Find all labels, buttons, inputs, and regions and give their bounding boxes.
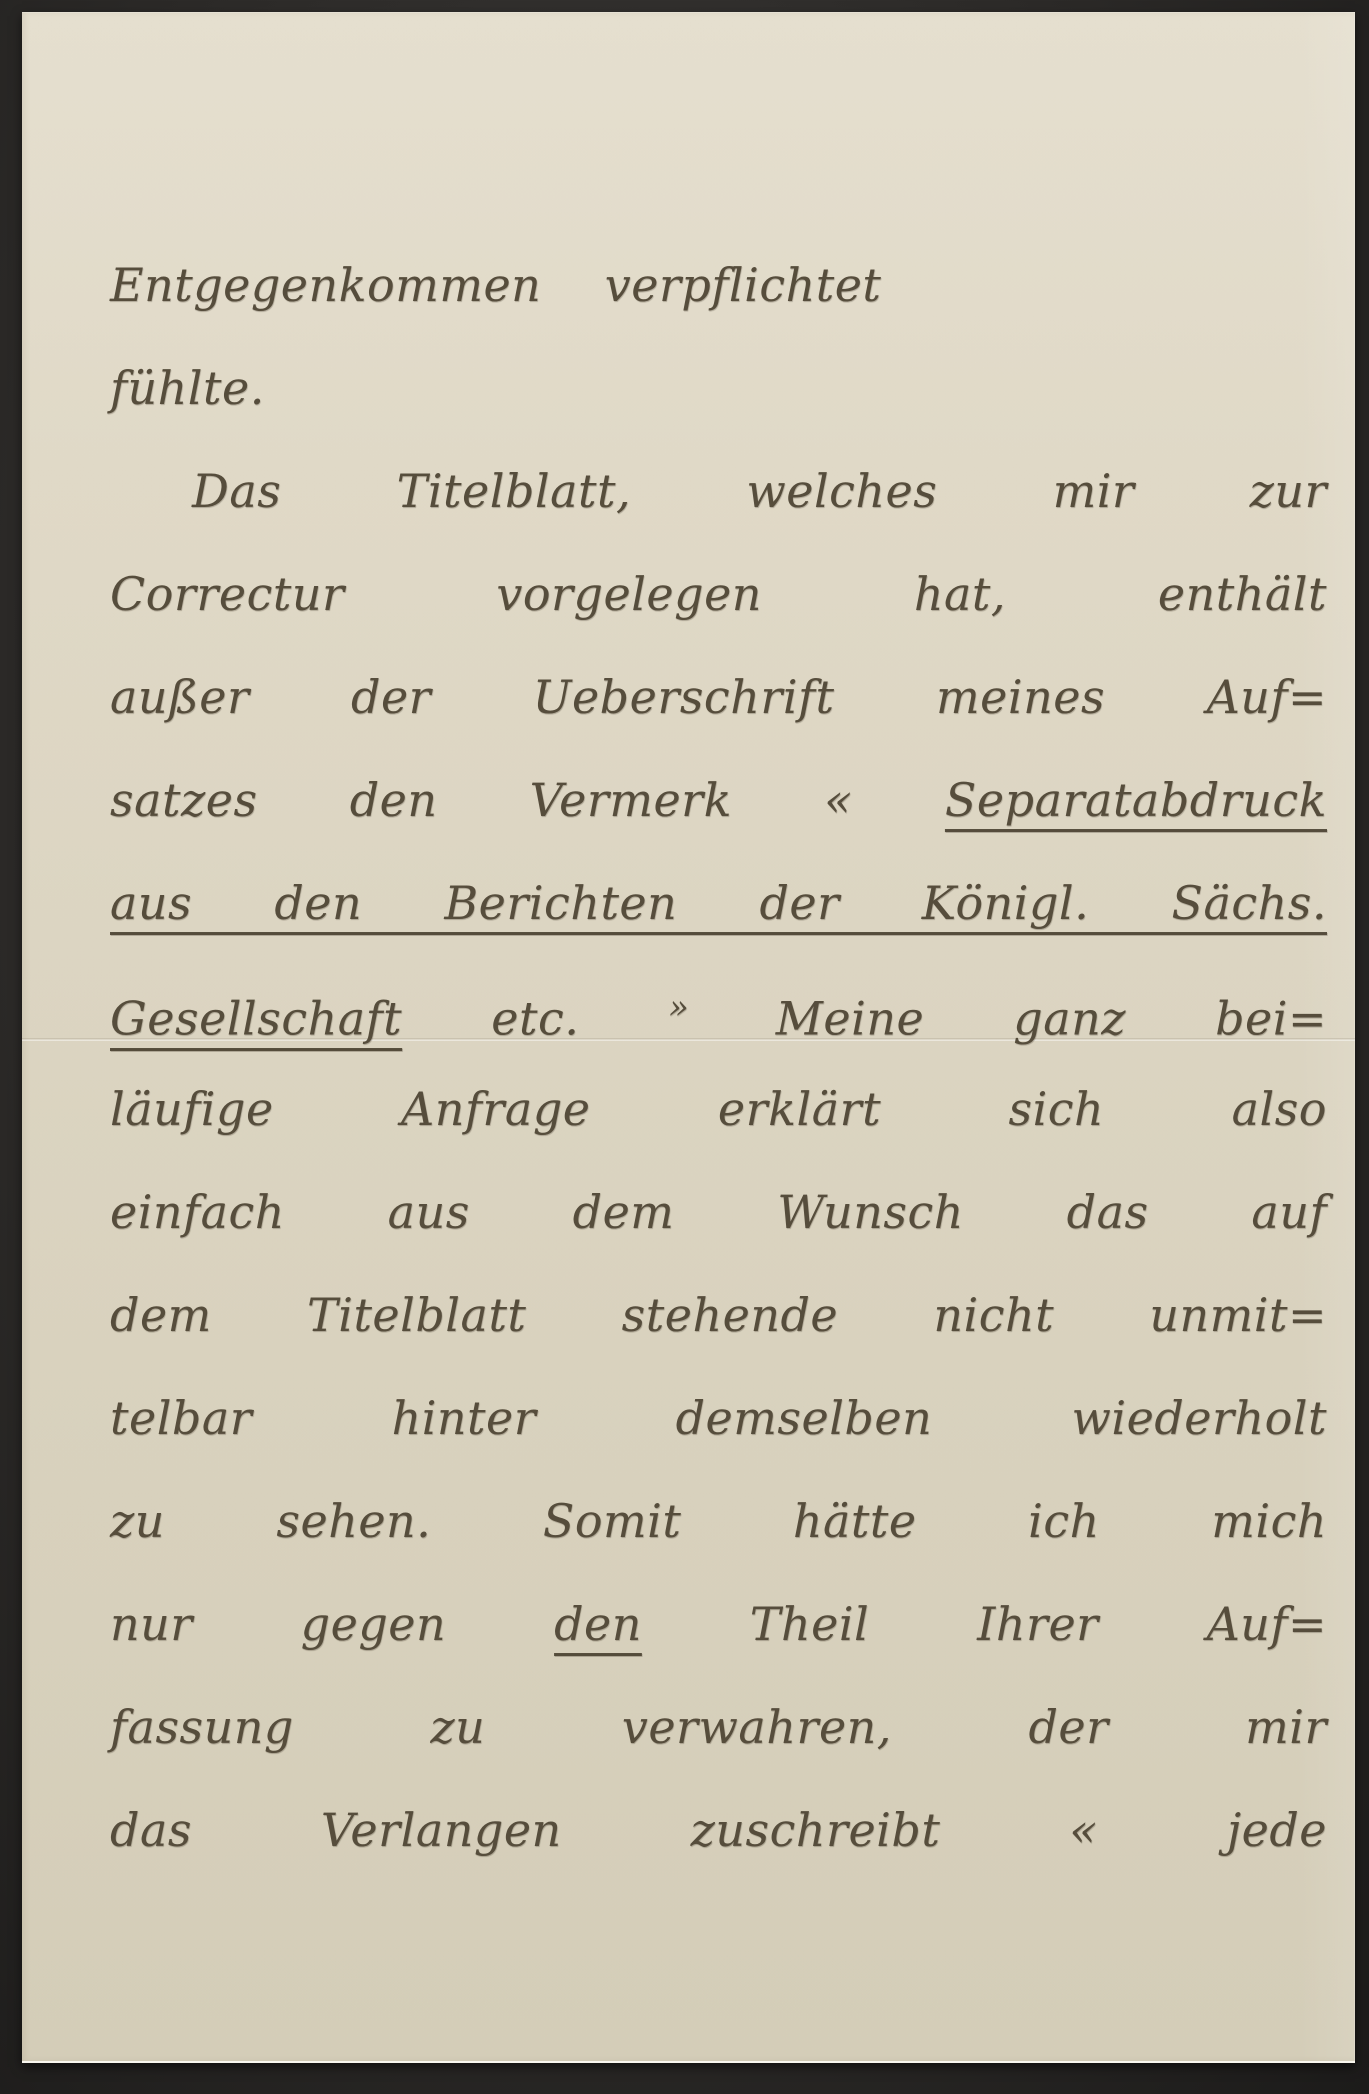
handwriting-line: fassung zu verwahren, der mir: [110, 1676, 1327, 1779]
handwriting-segment: fassung zu verwahren, der mir: [110, 1700, 1327, 1754]
handwriting-line: telbar hinter demselben wiederholt: [110, 1367, 1327, 1470]
underlined-text: aus den Berichten der Königl. Sächs.: [110, 876, 1327, 930]
underlined-text: Separatabdruck: [945, 773, 1327, 827]
handwriting-line: einfach aus dem Wunsch das auf: [110, 1161, 1327, 1264]
handwriting-segment: das Verlangen zuschreibt « jede: [110, 1803, 1327, 1857]
handwriting-segment: dem Titelblatt stehende nicht unmit=: [110, 1288, 1327, 1342]
handwriting-line: Das Titelblatt, welches mir zur: [110, 440, 1327, 543]
handwriting-line: dem Titelblatt stehende nicht unmit=: [110, 1264, 1327, 1367]
letter-page: Entgegenkommen verpflichtetfühlte.Das Ti…: [22, 12, 1355, 2063]
handwriting-line: außer der Ueberschrift meines Auf=: [110, 646, 1327, 749]
handwriting-segment: außer der Ueberschrift meines Auf=: [110, 670, 1327, 724]
handwriting-line: nur gegen den Theil Ihrer Auf=: [110, 1573, 1327, 1676]
handwriting-segment: fühlte.: [110, 361, 265, 415]
letter-body: Entgegenkommen verpflichtetfühlte.Das Ti…: [110, 234, 1327, 1882]
handwriting-line: das Verlangen zuschreibt « jede: [110, 1779, 1327, 1882]
handwriting-line: Gesellschaft etc. » Meine ganz bei=: [110, 955, 1327, 1058]
handwriting-segment: Correctur vorgelegen hat, enthält: [110, 567, 1327, 621]
handwriting-segment: telbar hinter demselben wiederholt: [110, 1391, 1327, 1445]
handwriting-segment: einfach aus dem Wunsch das auf: [110, 1185, 1327, 1239]
handwriting-line: satzes den Vermerk « Separatabdruck: [110, 749, 1327, 852]
handwriting-segment: Meine ganz bei=: [687, 992, 1327, 1046]
scan-backdrop: { "meta": { "kind": "scanned handwritten…: [0, 0, 1369, 2094]
handwriting-line: Entgegenkommen verpflichtet: [110, 234, 1327, 337]
underlined-text: den: [554, 1597, 642, 1651]
handwriting-segment: »: [668, 987, 686, 1026]
handwriting-line: Correctur vorgelegen hat, enthält: [110, 543, 1327, 646]
handwriting-segment: Theil Ihrer Auf=: [642, 1597, 1327, 1651]
handwriting-line: fühlte.: [110, 337, 1327, 440]
handwriting-segment: Entgegenkommen verpflichtet: [110, 258, 881, 312]
handwriting-segment: läufige Anfrage erklärt sich also: [110, 1082, 1327, 1136]
handwriting-segment: zu sehen. Somit hätte ich mich: [110, 1494, 1327, 1548]
handwriting-segment: etc.: [402, 992, 668, 1046]
handwriting-segment: Das Titelblatt, welches mir zur: [192, 464, 1327, 518]
handwriting-line: aus den Berichten der Königl. Sächs.: [110, 852, 1327, 955]
handwriting-line: läufige Anfrage erklärt sich also: [110, 1058, 1327, 1161]
handwriting-segment: satzes den Vermerk «: [110, 773, 945, 827]
underlined-text: Gesellschaft: [110, 992, 402, 1046]
handwriting-segment: nur gegen: [110, 1597, 554, 1651]
handwriting-line: zu sehen. Somit hätte ich mich: [110, 1470, 1327, 1573]
